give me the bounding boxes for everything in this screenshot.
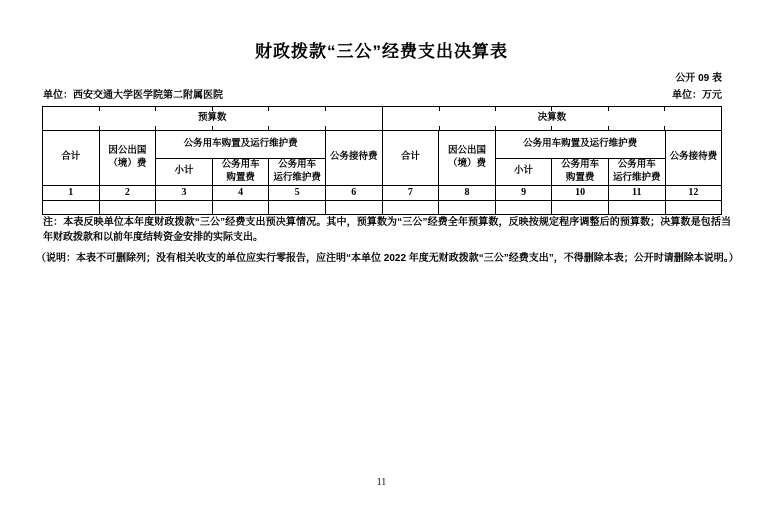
column-boundary-tick: [212, 107, 213, 111]
final-vehicle-purchase-header: 公务用车 购置费: [552, 159, 609, 186]
final-reception-header: 公务接待费: [665, 131, 722, 186]
column-boundary-tick: [99, 107, 100, 111]
final-vehicle-maintenance-header: 公务用车 运行维护费: [608, 159, 665, 186]
data-cell: [156, 200, 213, 214]
column-boundary-tick: [664, 107, 665, 111]
column-boundary-tick: [495, 126, 496, 130]
table-note: 注：本表反映单位本年度财政拨款“三公”经费支出预决算情况。其中，预算数为“三公”…: [43, 215, 731, 245]
data-cell: [495, 200, 552, 214]
column-number: 2: [99, 185, 156, 200]
data-cell: [382, 200, 439, 214]
budget-reception-header: 公务接待费: [325, 131, 382, 186]
column-boundary-tick: [155, 107, 156, 111]
column-number: 9: [495, 185, 552, 200]
column-boundary-tick: [155, 126, 156, 130]
column-number: 11: [608, 185, 665, 200]
column-boundary-tick: [268, 107, 269, 111]
column-boundary-tick: [325, 107, 326, 111]
column-number: 6: [325, 185, 382, 200]
column-boundary-tick: [99, 126, 100, 130]
column-number: 8: [439, 185, 496, 200]
budget-vehicle-group-header: 公务用车购置及运行维护费: [156, 131, 326, 159]
data-cell: [665, 200, 722, 214]
column-boundary-tick: [551, 126, 552, 130]
final-vehicle-group-header: 公务用车购置及运行维护费: [495, 131, 665, 159]
table-instruction-note: （说明：本表不可删除列；没有相关收支的单位应实行零报告，应注明“本单位 2022…: [36, 251, 736, 266]
column-number: 3: [156, 185, 213, 200]
column-number: 5: [269, 185, 326, 200]
column-boundary-tick: [439, 107, 440, 111]
budget-vehicle-purchase-header: 公务用车 购置费: [212, 159, 269, 186]
column-boundary-tick: [439, 126, 440, 130]
document-page: 财政拨款“三公”经费支出决算表 公开 09 表 单位：西安交通大学医学院第二附属…: [0, 0, 763, 513]
page-number: 11: [0, 477, 763, 488]
data-cell: [269, 200, 326, 214]
data-cell: [43, 200, 100, 214]
budget-abroad-header: 因公出国 （境）费: [99, 131, 156, 186]
data-row: [43, 200, 722, 214]
column-boundary-tick: [268, 126, 269, 130]
page-title: 财政拨款“三公”经费支出决算表: [0, 37, 763, 62]
budget-total-header: 合计: [43, 131, 100, 186]
data-cell: [325, 200, 382, 214]
unit-of-measure-label: 单位：万元: [672, 86, 722, 101]
three-public-expense-table: 预算数 决算数 合计 因公出国 （境）费 公务用车购置及运行维护费 公务接待费 …: [42, 106, 722, 215]
column-number: 12: [665, 185, 722, 200]
final-group-header: 决算数: [382, 107, 722, 131]
column-boundary-tick: [608, 126, 609, 130]
data-cell: [608, 200, 665, 214]
budget-vehicle-subtotal-header: 小计: [156, 159, 213, 186]
column-number: 7: [382, 185, 439, 200]
final-total-header: 合计: [382, 131, 439, 186]
column-boundary-tick: [212, 126, 213, 130]
column-boundary-tick: [664, 126, 665, 130]
table-row: 合计 因公出国 （境）费 公务用车购置及运行维护费 公务接待费 合计 因公出国 …: [43, 131, 722, 159]
unit-name-label: 单位：西安交通大学医学院第二附属医院: [43, 86, 223, 101]
column-number: 1: [43, 185, 100, 200]
data-cell: [99, 200, 156, 214]
final-vehicle-subtotal-header: 小计: [495, 159, 552, 186]
table-row: 预算数 决算数: [43, 107, 722, 131]
budget-group-header: 预算数: [43, 107, 383, 131]
column-number: 4: [212, 185, 269, 200]
column-boundary-tick: [551, 107, 552, 111]
column-number: 10: [552, 185, 609, 200]
data-cell: [552, 200, 609, 214]
final-abroad-header: 因公出国 （境）费: [439, 131, 496, 186]
column-boundary-tick: [608, 107, 609, 111]
column-boundary-tick: [495, 107, 496, 111]
column-number-row: 1 2 3 4 5 6 7 8 9 10 11 12: [43, 185, 722, 200]
table-code-label: 公开 09 表: [675, 69, 722, 84]
data-cell: [439, 200, 496, 214]
budget-vehicle-maintenance-header: 公务用车 运行维护费: [269, 159, 326, 186]
data-cell: [212, 200, 269, 214]
column-boundary-tick: [325, 126, 326, 130]
unit-row: 单位：西安交通大学医学院第二附属医院 单位：万元: [43, 86, 722, 101]
